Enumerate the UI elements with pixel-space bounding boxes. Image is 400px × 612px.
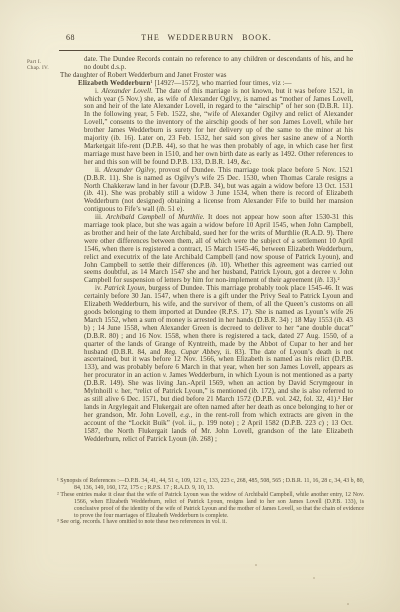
marriage-item-iii: iii. Archibald Campbell of Murthlie. It …: [84, 214, 353, 285]
marriage-item-iv: iv. Patrick Lyoun, burgess of Dundee. Th…: [84, 285, 353, 443]
paragraph-continuation: date. The Dundee Records contain no refe…: [84, 56, 353, 72]
body-text-column: date. The Dundee Records contain no refe…: [60, 56, 353, 443]
book-page-scan: 68 THE WEDDERBURN BOOK. Part I. Chap. IV…: [0, 0, 400, 612]
header-rule: [59, 50, 353, 51]
footnote-2: ² These entries make it clear that the w…: [57, 492, 364, 520]
marriage-item-i: i. Alexander Lovell. The date of this ma…: [84, 88, 353, 167]
marriage-item-ii: ii. Alexander Ogilvy, provost of Dundee.…: [84, 167, 353, 214]
running-title: THE WEDDERBURN BOOK.: [60, 33, 353, 42]
footnote-1: ¹ Synopsis of References :—D.P.B. 34, 41…: [57, 478, 364, 492]
margin-note-chapter: Chap. IV.: [27, 65, 59, 71]
paper-speck: [255, 564, 257, 566]
page-header: 68 THE WEDDERBURN BOOK.: [0, 33, 400, 45]
paper-speck: [313, 577, 315, 579]
footnote-3: ³ See orig. records. I have omitted to n…: [57, 519, 364, 526]
footnotes-section: ¹ Synopsis of References :—D.P.B. 34, 41…: [57, 478, 364, 526]
margin-note: Part I. Chap. IV.: [27, 59, 59, 72]
paper-speck: [347, 603, 349, 605]
